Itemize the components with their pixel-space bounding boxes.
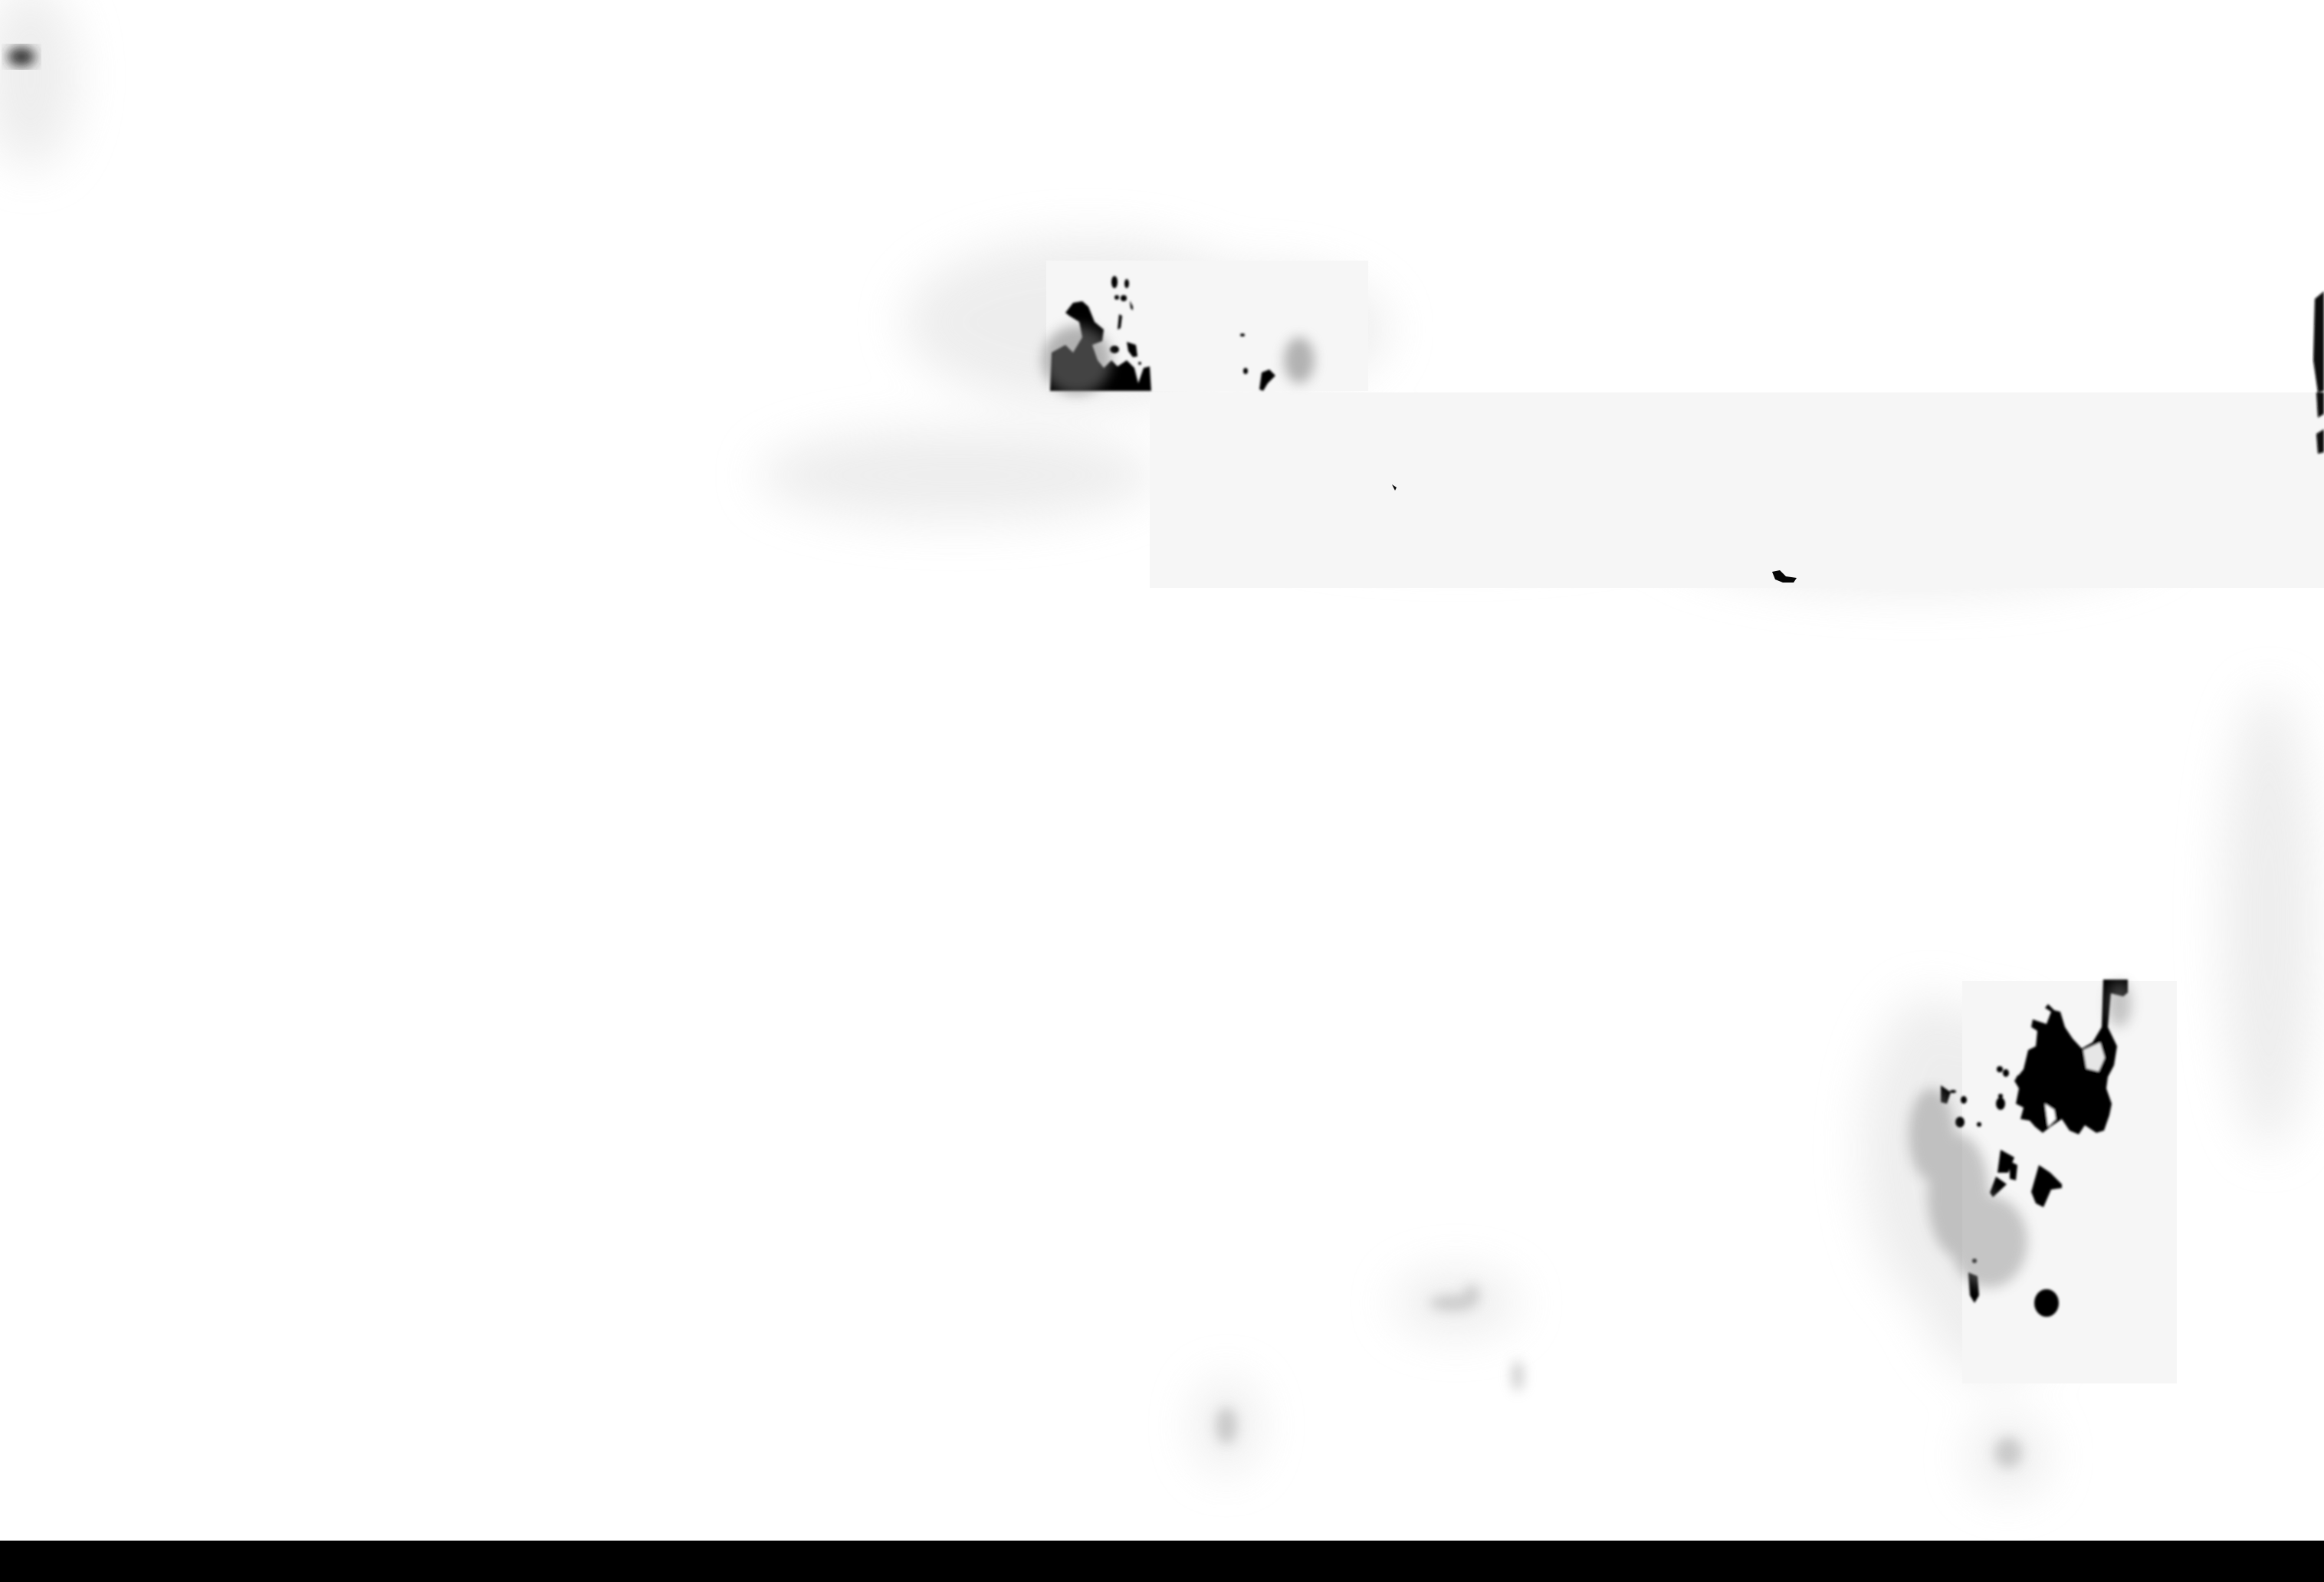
mosaic-svg	[0, 0, 2324, 1582]
dark-blob-top-left	[8, 48, 35, 66]
mosaic-image	[0, 0, 2324, 1582]
bottom-black-band	[0, 1541, 2324, 1582]
